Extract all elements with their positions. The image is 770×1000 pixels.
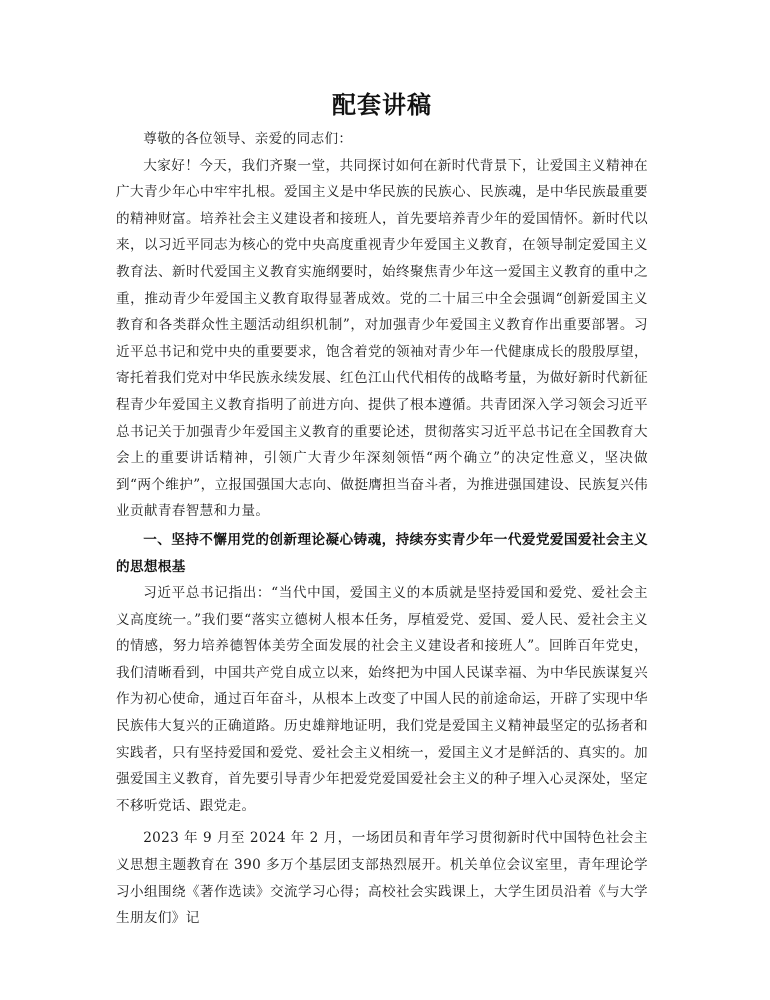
intro-paragraph: 大家好！今天，我们齐聚一堂，共同探讨如何在新时代背景下，让爱国主义精神在广大青少… xyxy=(116,153,648,525)
section-heading: 一、坚持不懈用党的创新理论凝心铸魂，持续夯实青少年一代爱党爱国爱社会主义的思想根… xyxy=(116,527,648,580)
section-paragraph: 2023 年 9 月至 2024 年 2 月，一场团员和青年学习贯彻新时代中国特… xyxy=(116,825,648,931)
document-title: 配套讲稿 xyxy=(116,88,648,122)
section-paragraph: 习近平总书记指出：“当代中国，爱国主义的本质就是坚持爱国和爱党、爱社会主义高度统… xyxy=(116,580,648,819)
salutation: 尊敬的各位领导、亲爱的同志们： xyxy=(116,126,648,153)
document-page: 配套讲稿 尊敬的各位领导、亲爱的同志们： 大家好！今天，我们齐聚一堂，共同探讨如… xyxy=(116,88,648,932)
